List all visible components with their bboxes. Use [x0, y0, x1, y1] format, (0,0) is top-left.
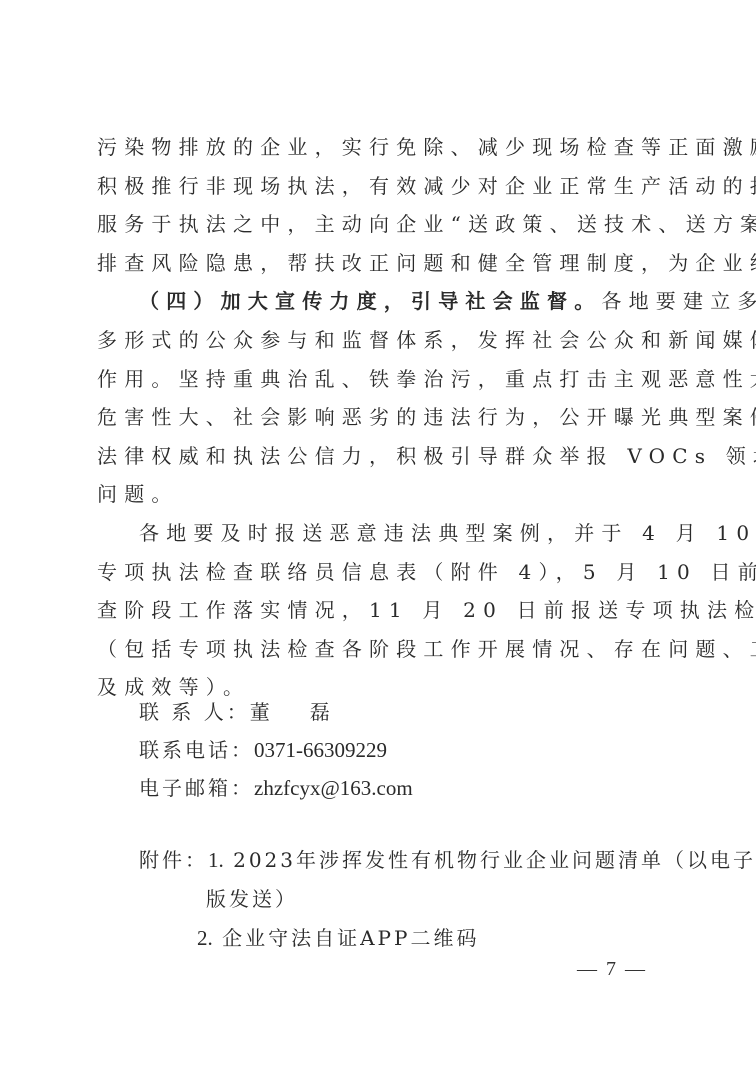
page-number: — 7 — — [577, 958, 647, 981]
paragraph-line: 危害性大、社会影响恶劣的违法行为，公开曝光典型案件，树立 — [97, 398, 659, 437]
attachment-1-continued: 版发送） — [206, 880, 298, 919]
contact-phone-label: 联系电话： — [139, 738, 254, 762]
attachment-1: 附件：1. 2023年涉挥发性有机物行业企业问题清单（以电子 — [139, 841, 756, 880]
paragraph-line: 排查风险隐患，帮扶改正问题和健全管理制度，为企业纾困解难。 — [97, 244, 659, 283]
section-four-text: 各地要建立多渠道、 — [601, 289, 756, 313]
paragraph-line: 各地要及时报送恶意违法典型案例，并于 4 月 10 日前报送 — [97, 514, 659, 553]
attachment-1-title: 2023年涉挥发性有机物行业企业问题清单（以电子 — [233, 848, 756, 872]
document-body: 污染物排放的企业，实行免除、减少现场检查等正面激励措施； 积极推行非现场执法，有… — [97, 128, 659, 707]
paragraph-line: 法律权威和执法公信力，积极引导群众举报 VOCs 领域环境违法 — [97, 437, 659, 476]
attachment-2: 2. 企业守法自证APP二维码 — [197, 919, 479, 958]
paragraph-line: 污染物排放的企业，实行免除、减少现场检查等正面激励措施； — [97, 128, 659, 167]
contact-email-value: zhzfcyx@163.com — [254, 776, 413, 800]
attachment-2-title: 企业守法自证APP二维码 — [222, 926, 479, 950]
paragraph-line: 查阶段工作落实情况，11 月 20 日前报送专项执法检查工作总结 — [97, 591, 659, 630]
section-four-first-line: （四）加大宣传力度，引导社会监督。各地要建立多渠道、 — [97, 282, 659, 321]
contact-email: 电子邮箱：zhzfcyx@163.com — [139, 769, 413, 808]
paragraph-line: 积极推行非现场执法，有效减少对企业正常生产活动的打扰；寓 — [97, 167, 659, 206]
paragraph-line: 专项执法检查联络员信息表（附件 4），5 月 10 日前报送企业自 — [97, 553, 659, 592]
section-four-heading: （四）加大宣传力度，引导社会监督。 — [139, 289, 601, 313]
attachment-2-number: 2. — [197, 926, 213, 950]
paragraph-line: 问题。 — [97, 475, 659, 514]
contact-person: 联 系 人：董 磊 — [139, 693, 340, 732]
attachment-1-number: 1. — [208, 848, 224, 872]
contact-email-label: 电子邮箱： — [139, 776, 254, 800]
contact-phone: 联系电话：0371-66309229 — [139, 731, 387, 770]
contact-person-value: 董 磊 — [250, 700, 340, 724]
paragraph-line: 多形式的公众参与和监督体系，发挥社会公众和新闻媒体的监督 — [97, 321, 659, 360]
paragraph-line: 服务于执法之中，主动向企业“送政策、送技术、送方案”，帮助 — [97, 205, 659, 244]
contact-phone-value: 0371-66309229 — [254, 738, 387, 762]
paragraph-line: （包括专项执法检查各阶段工作开展情况、存在问题、工作亮点 — [97, 630, 659, 669]
contact-person-label: 联 系 人： — [139, 700, 250, 724]
attachments-label: 附件： — [139, 848, 208, 872]
paragraph-line: 作用。坚持重典治乱、铁拳治污，重点打击主观恶意性大、环境 — [97, 360, 659, 399]
